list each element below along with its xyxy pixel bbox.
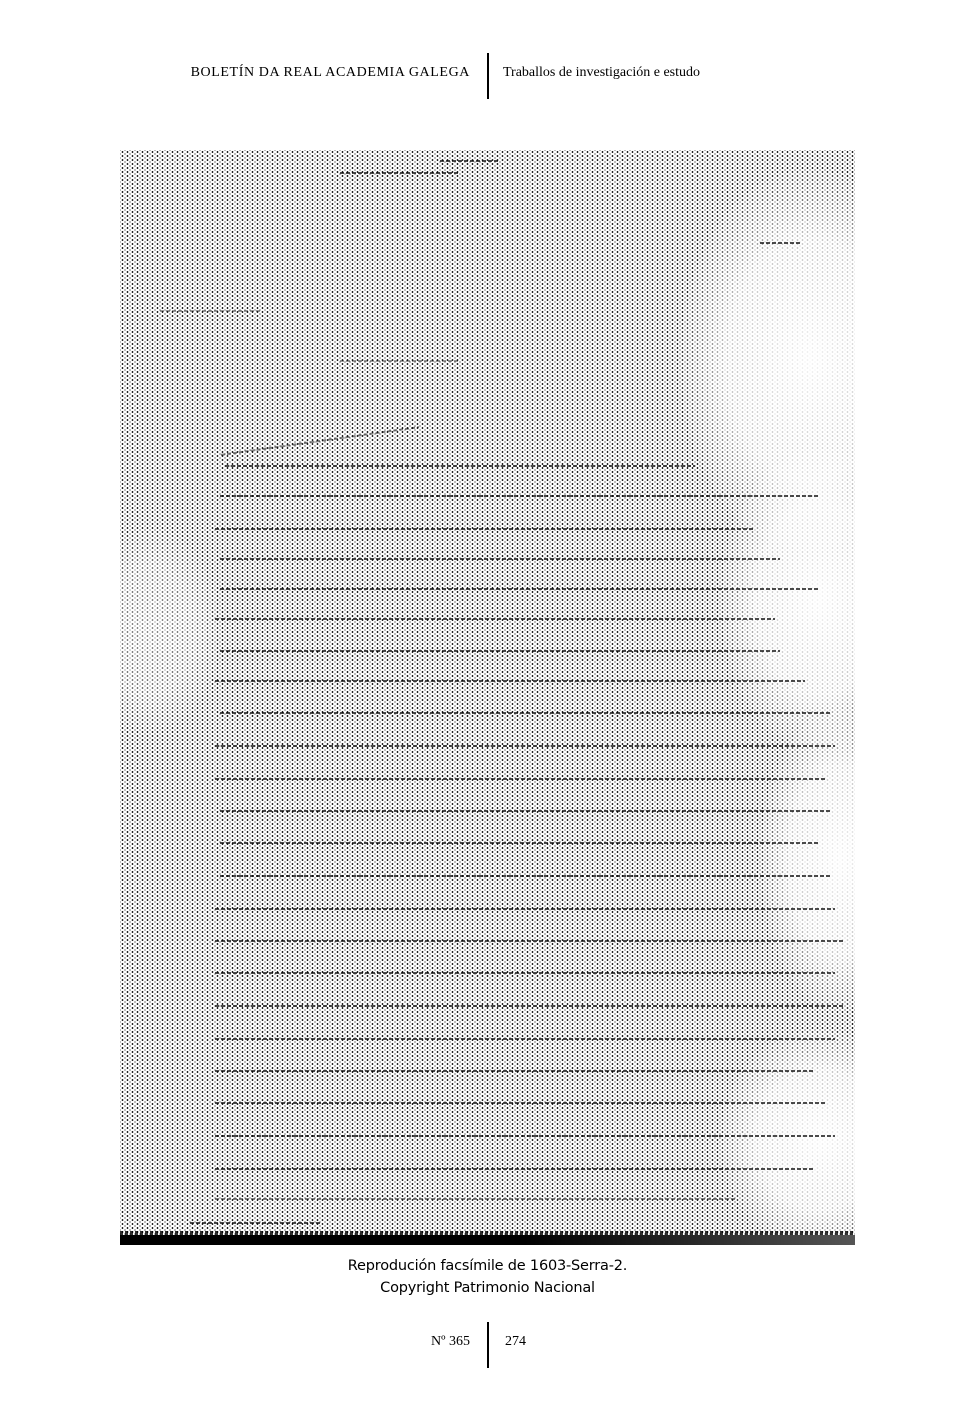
running-footer: Nº 365 274 [0,1322,975,1368]
handwriting-line [220,842,820,844]
caption-line-2: Copyright Patrimonio Nacional [0,1277,975,1299]
handwriting-line [215,680,805,682]
handwriting-stroke [340,172,460,174]
issue-number: Nº 365 [431,1334,470,1350]
handwriting-line [220,495,820,497]
handwriting-line [220,712,830,714]
handwriting-line [220,588,820,590]
handwriting-line [215,1038,835,1040]
faded-area [760,710,855,1010]
running-header: BOLETÍN DA REAL ACADEMIA GALEGA Traballo… [0,53,975,99]
handwriting-line [215,1102,825,1104]
faded-area [120,530,220,730]
header-divider [487,53,489,99]
handwriting-line [215,528,755,530]
handwriting-stroke [221,426,419,456]
handwriting-line [215,618,775,620]
handwriting-line [220,558,780,560]
manuscript-facsimile-image [120,150,855,1245]
handwriting-line [215,1198,735,1200]
scan-edge-band [120,1235,855,1245]
handwriting-line [220,650,780,652]
handwriting-line [225,465,695,467]
page-number: 274 [505,1334,526,1350]
handwriting-line [215,908,835,910]
handwriting-line [215,778,825,780]
handwriting-line [215,1168,815,1170]
handwriting-stroke [440,160,500,162]
handwriting-line [220,875,830,877]
handwriting-stroke [340,360,460,362]
footer-divider [487,1322,489,1368]
handwriting-line [220,810,830,812]
journal-title: BOLETÍN DA REAL ACADEMIA GALEGA [191,65,470,81]
figure-caption: Reprodución facsímile de 1603-Serra-2. C… [0,1255,975,1299]
faded-area [720,1030,855,1245]
handwriting-stroke [160,310,260,312]
caption-line-1: Reprodución facsímile de 1603-Serra-2. [0,1255,975,1277]
handwriting-line [215,1005,845,1007]
handwriting-line [215,1070,815,1072]
handwriting-line [215,745,835,747]
handwriting-line [190,1222,320,1224]
handwriting-line [215,1135,835,1137]
section-title: Traballos de investigación e estudo [503,65,700,81]
handwriting-line [215,972,835,974]
handwriting-stroke [760,242,800,244]
handwriting-line [215,940,845,942]
